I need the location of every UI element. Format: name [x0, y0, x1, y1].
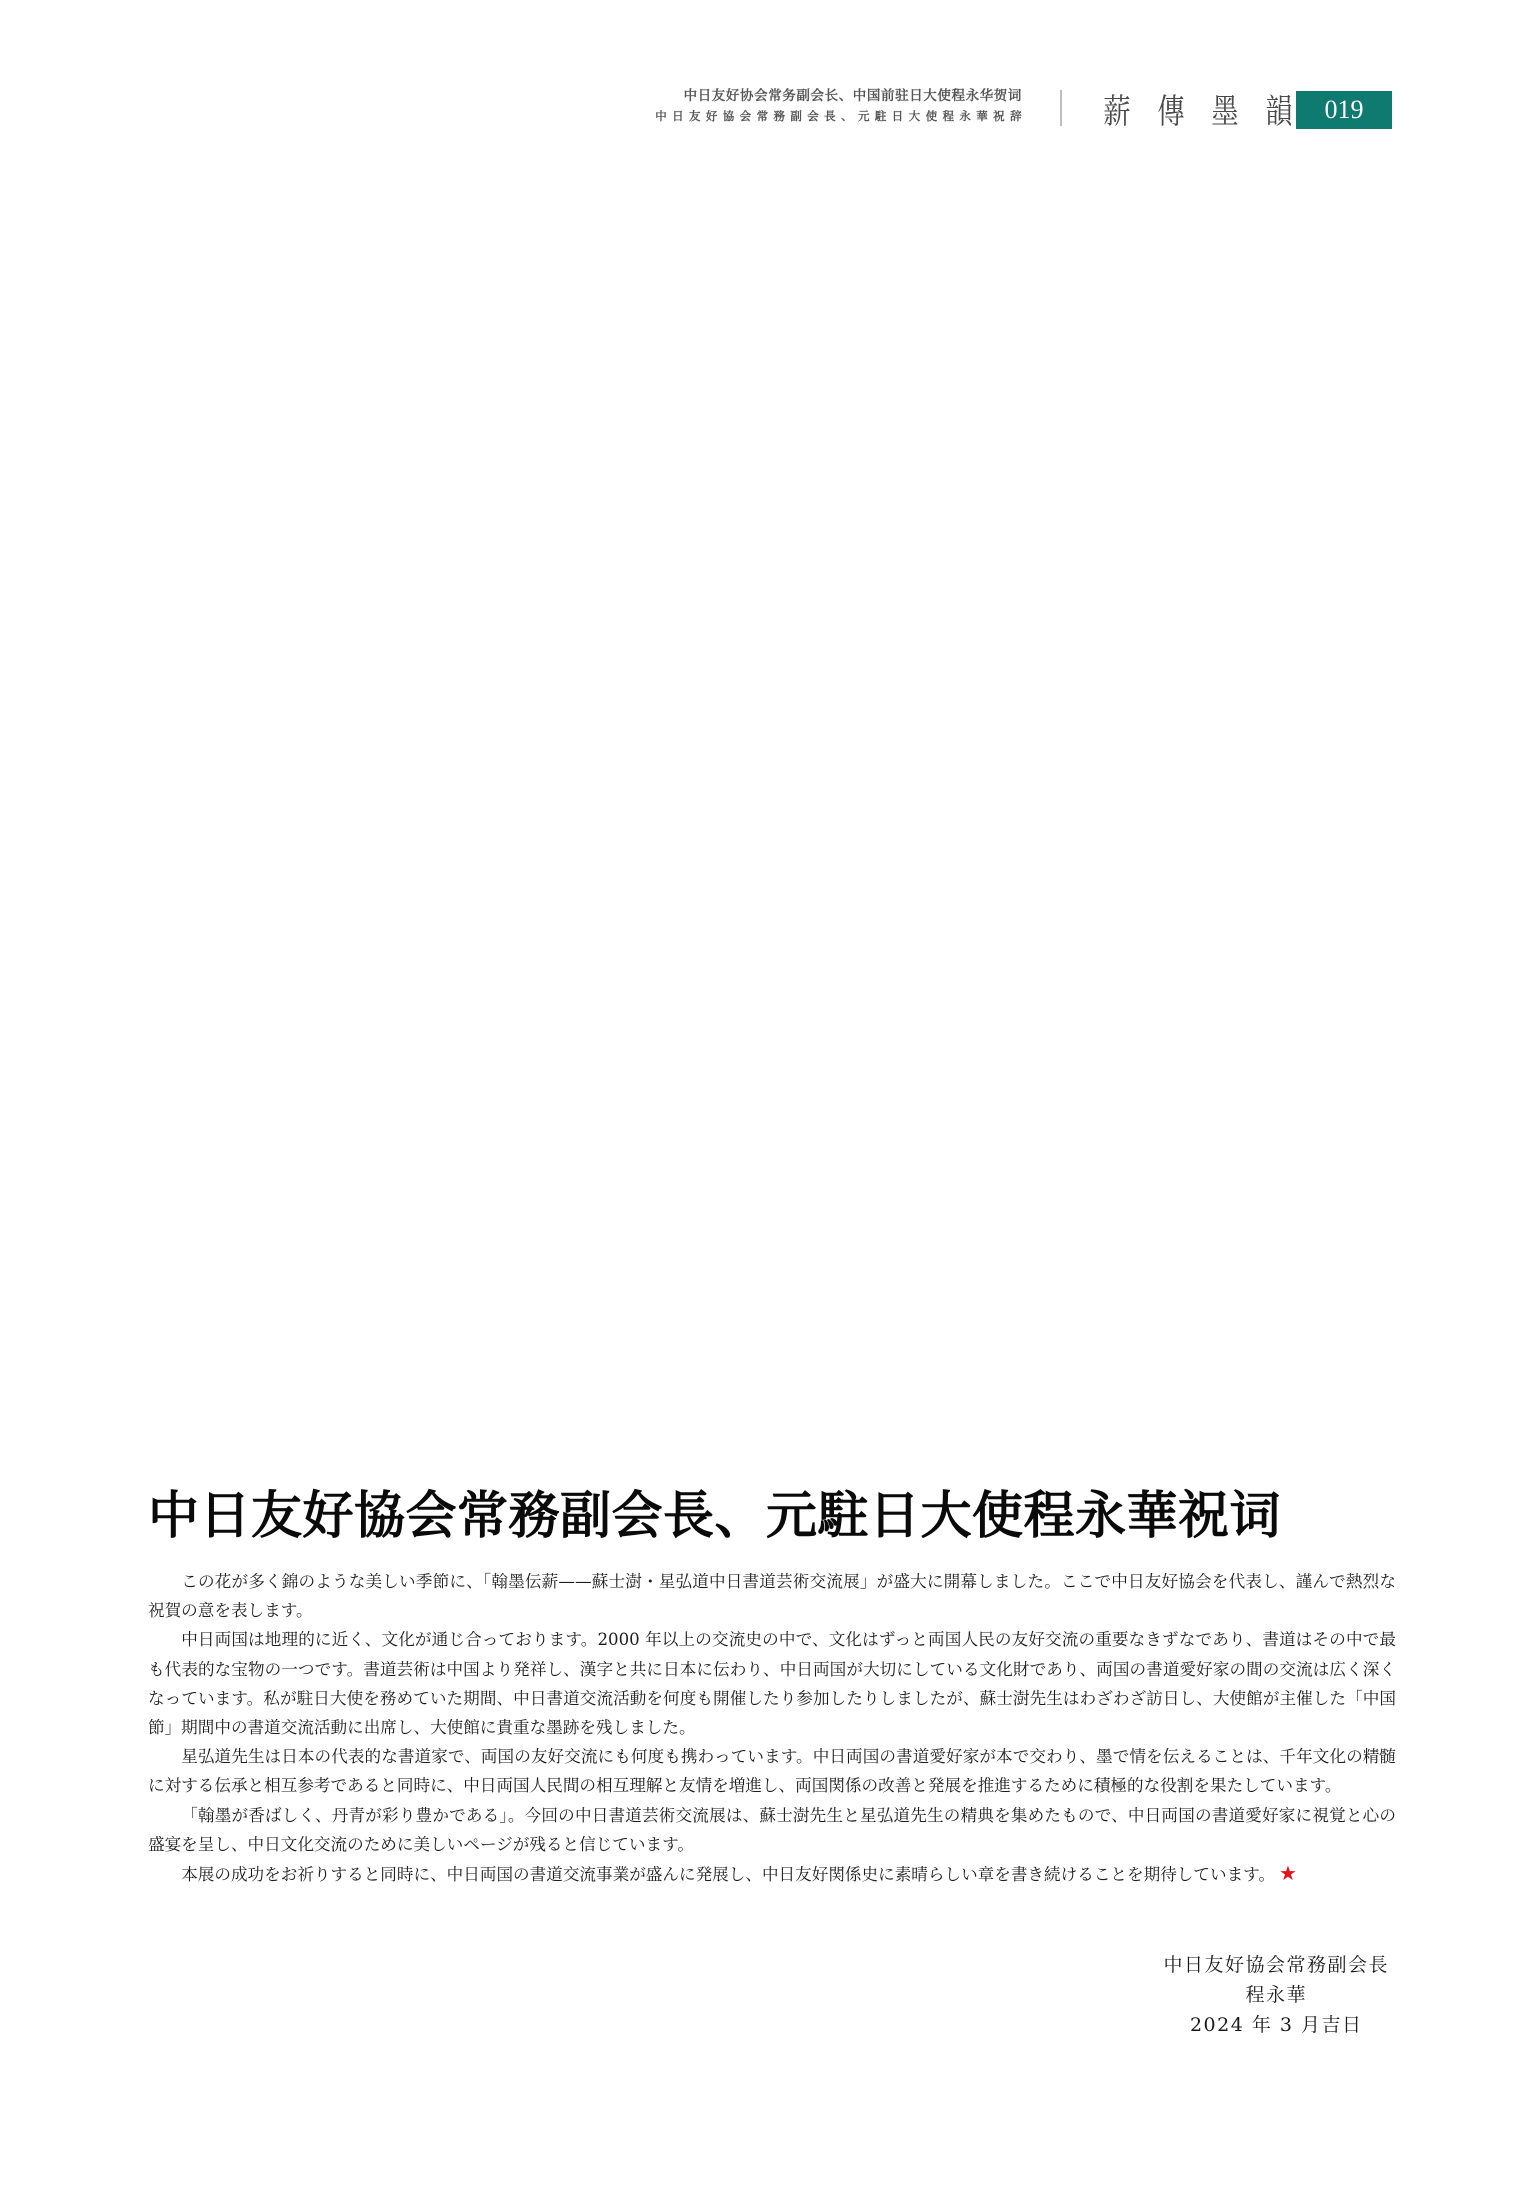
seal-char: 薪	[1103, 84, 1130, 133]
seal-script-logo: 薪 傳 墨 韻	[1100, 86, 1296, 130]
paragraph: 星弘道先生は日本の代表的な書道家で、両国の友好交流にも何度も携わっています。中日…	[148, 1742, 1396, 1800]
signature-block: 中日友好協会常務副会長 程永華 2024 年 3 月吉日	[1163, 1950, 1389, 2040]
paragraph-last: 本展の成功をお祈りすると同時に、中日両国の書道交流事業が盛んに発展し、中日友好関…	[148, 1859, 1396, 1889]
seal-char: 韻	[1265, 84, 1292, 133]
page-number-badge: 019	[1296, 91, 1392, 129]
page-header: 中日友好协会常务副会长、中国前驻日大使程永华贺词 中日友好協会常務副会長、元駐日…	[0, 86, 1535, 136]
star-icon: ★	[1279, 1861, 1297, 1885]
header-divider	[1060, 90, 1062, 126]
header-titles: 中日友好协会常务副会长、中国前驻日大使程永华贺词 中日友好協会常務副会長、元駐日…	[655, 86, 1022, 126]
article-body: この花が多く錦のような美しい季節に、「翰墨伝薪——蘇士澍・星弘道中日書道芸術交流…	[148, 1567, 1396, 1889]
paragraph: 本展の成功をお祈りすると同時に、中日両国の書道交流事業が盛んに発展し、中日友好関…	[181, 1865, 1275, 1884]
signature-name: 程永華	[1163, 1980, 1389, 2010]
paragraph: この花が多く錦のような美しい季節に、「翰墨伝薪——蘇士澍・星弘道中日書道芸術交流…	[148, 1567, 1396, 1625]
article-title: 中日友好協会常務副会長、元駐日大使程永華祝词	[148, 1474, 1281, 1548]
signature-date: 2024 年 3 月吉日	[1163, 2010, 1389, 2040]
header-title-chinese: 中日友好协会常务副会长、中国前驻日大使程永华贺词	[655, 86, 1022, 106]
header-title-japanese: 中日友好協会常務副会長、元駐日大使程永華祝辞	[655, 106, 1027, 126]
paragraph: 中日両国は地理的に近く、文化が通じ合っております。2000 年以上の交流史の中で…	[148, 1625, 1396, 1742]
seal-char: 傳	[1157, 84, 1184, 133]
paragraph: 「翰墨が香ばしく、丹青が彩り豊かである」。今回の中日書道芸術交流展は、蘇士澍先生…	[148, 1801, 1396, 1859]
signature-position: 中日友好協会常務副会長	[1163, 1950, 1389, 1980]
seal-char: 墨	[1211, 84, 1238, 133]
